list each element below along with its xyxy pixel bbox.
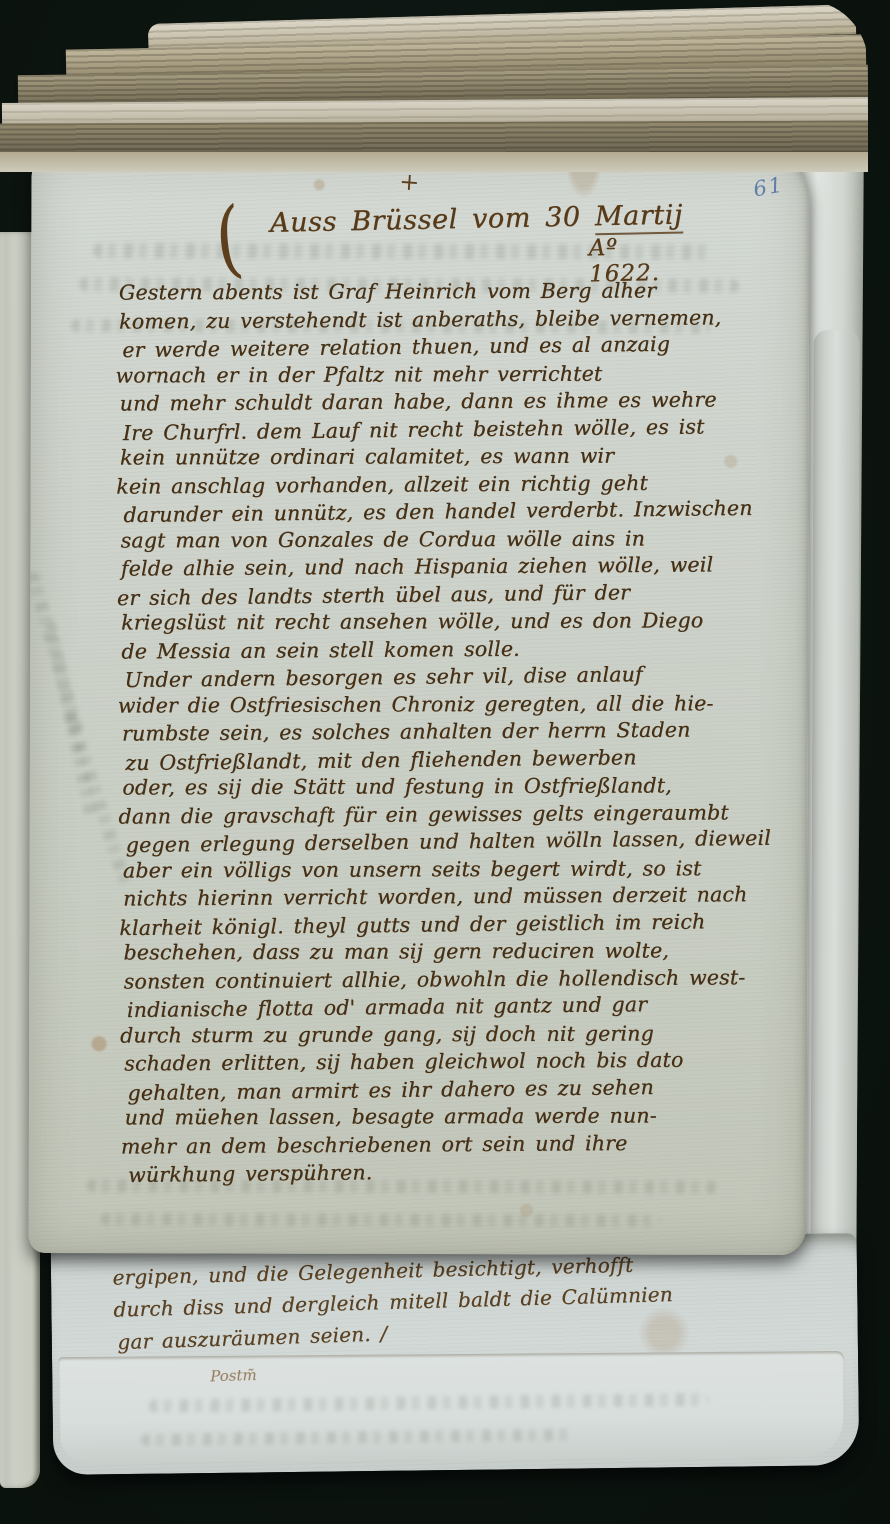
handwritten-line: wider die Ostfriesischen Chroniz geregte…: [118, 689, 810, 719]
addendum-note: ergipen, und die Gelegenheit besichtigt,…: [112, 1244, 814, 1357]
handwritten-line: und müehen lassen, besagte armada werde …: [125, 1102, 810, 1132]
underlying-page-bottom: ergipen, und die Gelegenheit besichtigt,…: [51, 1233, 860, 1475]
faded-text-fragment: Postm̃: [210, 1366, 257, 1385]
heading-title-underlined: Martij: [594, 199, 683, 235]
handwritten-line: durch sturm zu grunde gang, sij doch nit…: [120, 1019, 809, 1049]
ink-bleed-through: [101, 1213, 661, 1226]
opening-flourish: (: [211, 195, 246, 282]
handwritten-line: wornach er in der Pfaltz nit mehr verric…: [115, 359, 807, 389]
handwritten-line: Gestern abents ist Graf Heinrich vom Ber…: [119, 277, 807, 307]
handwritten-line: aber ein völligs von unsern seits begert…: [123, 854, 810, 884]
body-text: Gestern abents ist Graf Heinrich vom Ber…: [119, 276, 810, 1188]
heading-title-prefix: Auss Brüssel vom 30: [270, 201, 595, 239]
handwritten-line: kein unnütze ordinari calamitet, es wann…: [120, 442, 808, 472]
manuscript-page: + 61 ( Auss Brüssel vom 30 Martij Aº 162…: [29, 151, 810, 1255]
manuscript-photo: ergipen, und die Gelegenheit besichtigt,…: [0, 0, 890, 1524]
page-stack-top-edges: [0, 0, 868, 172]
folio-number: 61: [752, 172, 786, 201]
handwritten-line: sagt man von Gonzales de Cordua wölle ai…: [121, 524, 809, 554]
heading-title: Auss Brüssel vom 30 Martij: [270, 199, 684, 238]
page-edge-strip: [0, 152, 868, 172]
handwritten-line: oder, es sij die Stätt und festung in Os…: [122, 772, 809, 802]
handwritten-line: kriegslüst nit recht ansehen wölle, und …: [121, 607, 809, 637]
handwritten-line: beschehen, dass zu man sij gern reducire…: [123, 937, 809, 967]
underlying-page-right-edge-inner: [810, 330, 859, 1310]
